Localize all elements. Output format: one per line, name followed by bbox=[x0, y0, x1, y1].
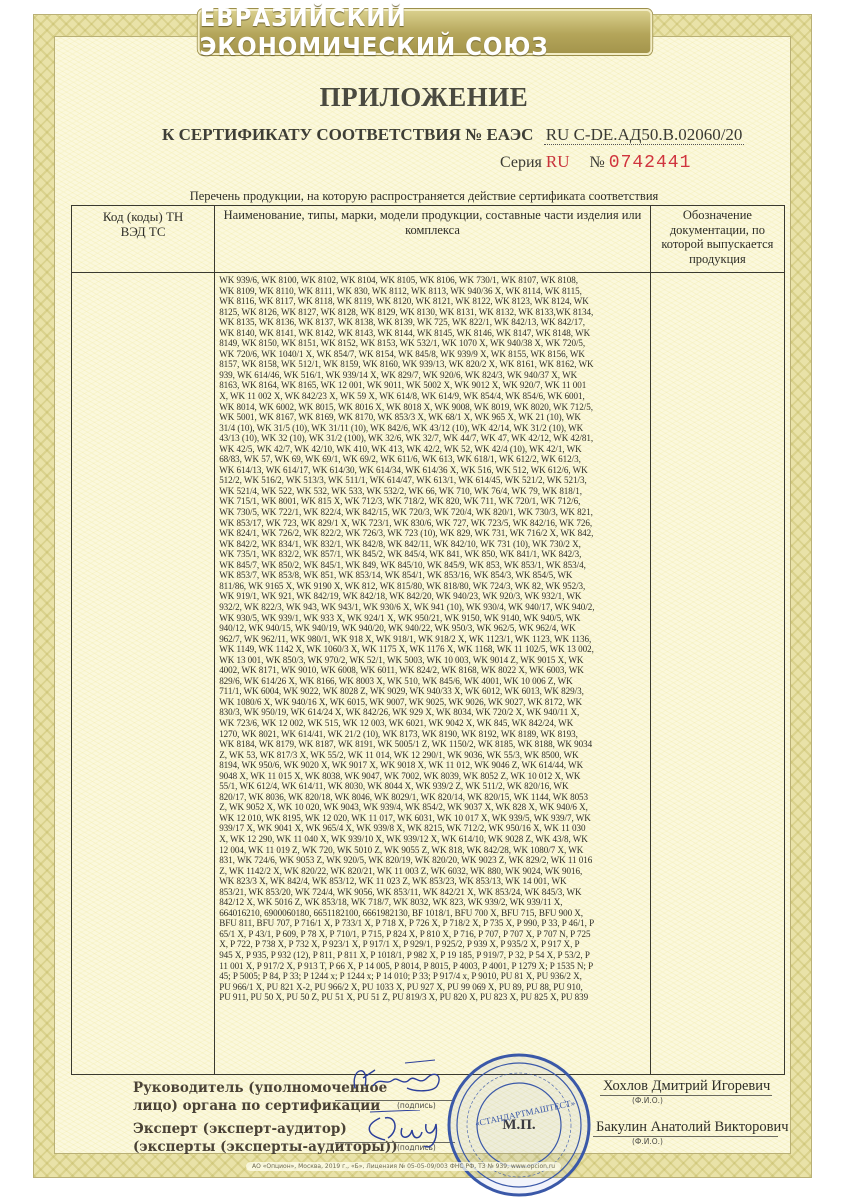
product-line: WK 1080/6 X, WK 940/16 X, WK 6015, WK 90… bbox=[219, 697, 646, 708]
product-line: 12 004, WK 11 019 Z, WK 720, WK 5010 Z, … bbox=[219, 845, 646, 856]
number-label: № bbox=[590, 154, 605, 171]
product-line: 68/83, WK 57, WK 69, WK 69/1, WK 69/2, W… bbox=[219, 454, 646, 465]
expert-label-line2: (эксперты (эксперты-аудиторы)) bbox=[133, 1138, 398, 1156]
product-line: 8149, WK 8150, WK 8151, WK 8152, WK 8153… bbox=[219, 338, 646, 349]
product-line: WK 842/2, WK 834/1, WK 832/1, WK 842/8, … bbox=[219, 539, 646, 550]
union-banner-text: ЕВРАЗИЙСКИЙ ЭКОНОМИЧЕСКИЙ СОЮЗ bbox=[200, 3, 651, 61]
series-label: Серия bbox=[500, 154, 542, 171]
product-line: WK 1149, WK 1142 X, WK 1060/3 X, WK 1175… bbox=[219, 644, 646, 655]
header-products: Наименование, типы, марки, модели продук… bbox=[215, 206, 651, 273]
header-documentation: Обозначение документации, по которой вып… bbox=[650, 206, 784, 273]
product-line: WK 823/3 X, WK 842/4, WK 853/12, WK 11 0… bbox=[219, 876, 646, 887]
product-line: WK 42/5, WK 42/7, WK 42/10, WK 410, WK 4… bbox=[219, 444, 646, 455]
certificate-reference: К СЕРТИФИКАТУ СООТВЕТСТВИЯ № ЕАЭС RU C-D… bbox=[162, 125, 744, 145]
product-line: WK 521/4, WK 522, WK 532, WK 533, WK 532… bbox=[219, 486, 646, 497]
cell-code bbox=[72, 273, 215, 1075]
product-line: PU 966/1 X, PU 821 X-2, PU 966/2 X, PU 1… bbox=[219, 982, 646, 993]
products-table: Код (коды) ТН ВЭД ТС Наименование, типы,… bbox=[71, 205, 785, 1075]
print-info: АО «Опцион», Москва, 2019 г., «Б», Лицен… bbox=[246, 1162, 561, 1171]
product-line: BFU 811, BFU 707, P 716/1 X, P 733/1 X, … bbox=[219, 918, 646, 929]
product-line: WK 8116, WK 8117, WK 8118, WK 8119, WK 8… bbox=[219, 296, 646, 307]
product-line: 45; P 5005; P 84, P 33; P 1244 x; P 1244… bbox=[219, 971, 646, 982]
product-line: WK 8184, WK 8179, WK 8187, WK 8191, WK 5… bbox=[219, 739, 646, 750]
expert-label-line1: Эксперт (эксперт-аудитор) bbox=[133, 1120, 398, 1138]
table-header-row: Код (коды) ТН ВЭД ТС Наименование, типы,… bbox=[72, 206, 785, 273]
product-line: WK 8140, WK 8141, WK 8142, WK 8143, WK 8… bbox=[219, 328, 646, 339]
product-line: WK 723/6, WK 12 002, WK 515, WK 12 003, … bbox=[219, 718, 646, 729]
serial-number: 0742441 bbox=[609, 153, 692, 173]
product-line: WK 614/13, WK 614/17, WK 614/30, WK 614/… bbox=[219, 465, 646, 476]
product-line: X, P 722, P 738 X, P 732 X, P 923/1 X, P… bbox=[219, 939, 646, 950]
table-caption: Перечень продукции, на которую распростр… bbox=[0, 189, 848, 204]
head-name: Хохлов Дмитрий Игоревич bbox=[603, 1078, 770, 1095]
product-line: WK 730/5, WK 722/1, WK 822/4, WK 842/15,… bbox=[219, 507, 646, 518]
product-line: Z, WK 53, WK 817/3 X, WK 55/2, WK 11 014… bbox=[219, 750, 646, 761]
product-line: 8163, WK 8164, WK 8165, WK 12 001, WK 90… bbox=[219, 380, 646, 391]
product-line: WK 735/1, WK 832/2, WK 857/1, WK 845/2, … bbox=[219, 549, 646, 560]
product-line: 842/12 X, WK 5016 Z, WK 853/18, WK 718/7… bbox=[219, 897, 646, 908]
head-name-line bbox=[600, 1095, 772, 1096]
product-line: WK 853/17, WK 723, WK 829/1 X, WK 723/1,… bbox=[219, 518, 646, 529]
product-line: 31/4 (10), WK 31/5 (10), WK 31/11 (10), … bbox=[219, 423, 646, 434]
head-signature bbox=[345, 1058, 455, 1103]
expert-label: Эксперт (эксперт-аудитор) (эксперты (экс… bbox=[133, 1120, 398, 1156]
product-line: 829/6, WK 614/26 X, WK 8166, WK 8003 X, … bbox=[219, 676, 646, 687]
head-name-caption: (Ф.И.О.) bbox=[632, 1096, 663, 1105]
product-line: 8157, WK 8158, WK 512/1, WK 8159, WK 816… bbox=[219, 359, 646, 370]
cell-documentation bbox=[650, 273, 784, 1075]
product-line: 43/13 (10), WK 32 (10), WK 31/2 (100), W… bbox=[219, 433, 646, 444]
product-line: 9048 X, WK 11 015 X, WK 8038, WK 9047, W… bbox=[219, 771, 646, 782]
expert-name: Бакулин Анатолий Викторович bbox=[596, 1119, 789, 1136]
cell-products: WK 939/6, WK 8100, WK 8102, WK 8104, WK … bbox=[215, 273, 651, 1075]
series-line: Серия RU № 0742441 bbox=[500, 152, 691, 173]
certificate-number: RU C-DE.АД50.В.02060/20 bbox=[544, 125, 745, 145]
product-line: WK 8135, WK 8136, WK 8137, WK 8138, WK 8… bbox=[219, 317, 646, 328]
product-line: WK 853/7, WK 853/8, WK 851, WK 853/14, W… bbox=[219, 570, 646, 581]
product-line: 11 001 X, P 917/2 X, P 913 T, P 66 X, P … bbox=[219, 961, 646, 972]
product-line: Z, WK 9052 X, WK 10 020, WK 9043, WK 939… bbox=[219, 802, 646, 813]
stamp-mp: М.П. bbox=[444, 1050, 594, 1200]
product-line: Z, WK 1142/2 X, WK 820/22, WK 820/21, WK… bbox=[219, 866, 646, 877]
union-banner: ЕВРАЗИЙСКИЙ ЭКОНОМИЧЕСКИЙ СОЮЗ bbox=[198, 9, 652, 55]
product-line: 664016210, 6900060180, 6651182100, 66619… bbox=[219, 908, 646, 919]
product-line: WK 5001, WK 8167, WK 8169, WK 8170, WK 8… bbox=[219, 412, 646, 423]
product-line: 1270, WK 8021, WK 614/41, WK 21/2 (10), … bbox=[219, 729, 646, 740]
product-line: 939, WK 614/46, WK 516/1, WK 939/14 X, W… bbox=[219, 370, 646, 381]
product-line: 711/1, WK 6004, WK 9022, WK 8028 Z, WK 9… bbox=[219, 686, 646, 697]
expert-name-line bbox=[593, 1136, 778, 1137]
certificate-prefix: К СЕРТИФИКАТУ СООТВЕТСТВИЯ № ЕАЭС bbox=[162, 125, 533, 144]
product-line: WK 939/6, WK 8100, WK 8102, WK 8104, WK … bbox=[219, 275, 646, 286]
product-line: WK 8109, WK 8110, WK 8111, WK 830, WK 81… bbox=[219, 286, 646, 297]
table-row: WK 939/6, WK 8100, WK 8102, WK 8104, WK … bbox=[72, 273, 785, 1075]
product-line: 65/1 X, P 43/1, P 609, P 78 X, P 710/1, … bbox=[219, 929, 646, 940]
product-line: 820/17, WK 8036, WK 820/18, WK 8046, WK … bbox=[219, 792, 646, 803]
header-code: Код (коды) ТН ВЭД ТС bbox=[72, 206, 215, 273]
product-line: 512/2, WK 516/2, WK 513/3, WK 511/1, WK … bbox=[219, 475, 646, 486]
product-line: 8194, WK 950/6, WK 9020 X, WK 9017 X, WK… bbox=[219, 760, 646, 771]
product-line: X, WK 11 002 X, WK 842/23 X, WK 59 X, WK… bbox=[219, 391, 646, 402]
product-line: WK 8014, WK 6002, WK 8015, WK 8016 X, WK… bbox=[219, 402, 646, 413]
product-line: WK 845/7, WK 850/2, WK 845/1, WK 849, WK… bbox=[219, 560, 646, 571]
product-line: 962/7, WK 962/11, WK 980/1, WK 918 X, WK… bbox=[219, 634, 646, 645]
product-line: 945 X, P 935, P 932 (12), P 811, P 811 X… bbox=[219, 950, 646, 961]
official-stamp: М.П. «СТАНДАРТМАШТЕСТ» bbox=[444, 1050, 594, 1200]
product-line: WK 715/1, WK 8001, WK 815 X, WK 712/3, W… bbox=[219, 496, 646, 507]
product-line: WK 930/5, WK 939/1, WK 933 X, WK 924/1 X… bbox=[219, 613, 646, 624]
product-line: 939/17 X, WK 9041 X, WK 965/4 X, WK 939/… bbox=[219, 823, 646, 834]
product-line: WK 720/6, WK 1040/1 X, WK 854/7, WK 8154… bbox=[219, 349, 646, 360]
expert-name-caption: (Ф.И.О.) bbox=[632, 1137, 663, 1146]
product-line: PU 911, PU 50 X, PU 50 Z, PU 51 X, PU 51… bbox=[219, 992, 646, 1003]
product-line: WK 919/1, WK 921, WK 842/19, WK 842/18, … bbox=[219, 591, 646, 602]
page-title: ПРИЛОЖЕНИЕ bbox=[0, 82, 848, 113]
product-line: 8125, WK 8126, WK 8127, WK 8128, WK 8129… bbox=[219, 307, 646, 318]
product-line: 932/2, WK 822/3, WK 943, WK 943/1, WK 93… bbox=[219, 602, 646, 613]
product-line: 811/86, WK 9165 X, WK 9190 X, WK 812, WK… bbox=[219, 581, 646, 592]
product-line: 4002, WK 8171, WK 9010, WK 6008, WK 6011… bbox=[219, 665, 646, 676]
product-line: 831, WK 724/6, WK 9053 Z, WK 920/5, WK 8… bbox=[219, 855, 646, 866]
product-line: X, WK 12 290, WK 11 040 X, WK 939/10 X, … bbox=[219, 834, 646, 845]
product-line: WK 12 010, WK 8195, WK 12 020, WK 11 017… bbox=[219, 813, 646, 824]
product-line: WK 13 001, WK 850/3, WK 970/2, WK 52/1, … bbox=[219, 655, 646, 666]
product-line: 853/21, WK 853/20, WK 724/4, WK 9056, WK… bbox=[219, 887, 646, 898]
product-line: 830/3, WK 950/19, WK 614/24 X, WK 842/26… bbox=[219, 707, 646, 718]
product-line: 55/1, WK 612/4, WK 614/11, WK 8030, WK 8… bbox=[219, 781, 646, 792]
product-line: WK 824/1, WK 726/2, WK 822/2, WK 726/3, … bbox=[219, 528, 646, 539]
product-line: 940/12, WK 940/15, WK 940/19, WK 940/20,… bbox=[219, 623, 646, 634]
series-value: RU bbox=[546, 152, 570, 171]
